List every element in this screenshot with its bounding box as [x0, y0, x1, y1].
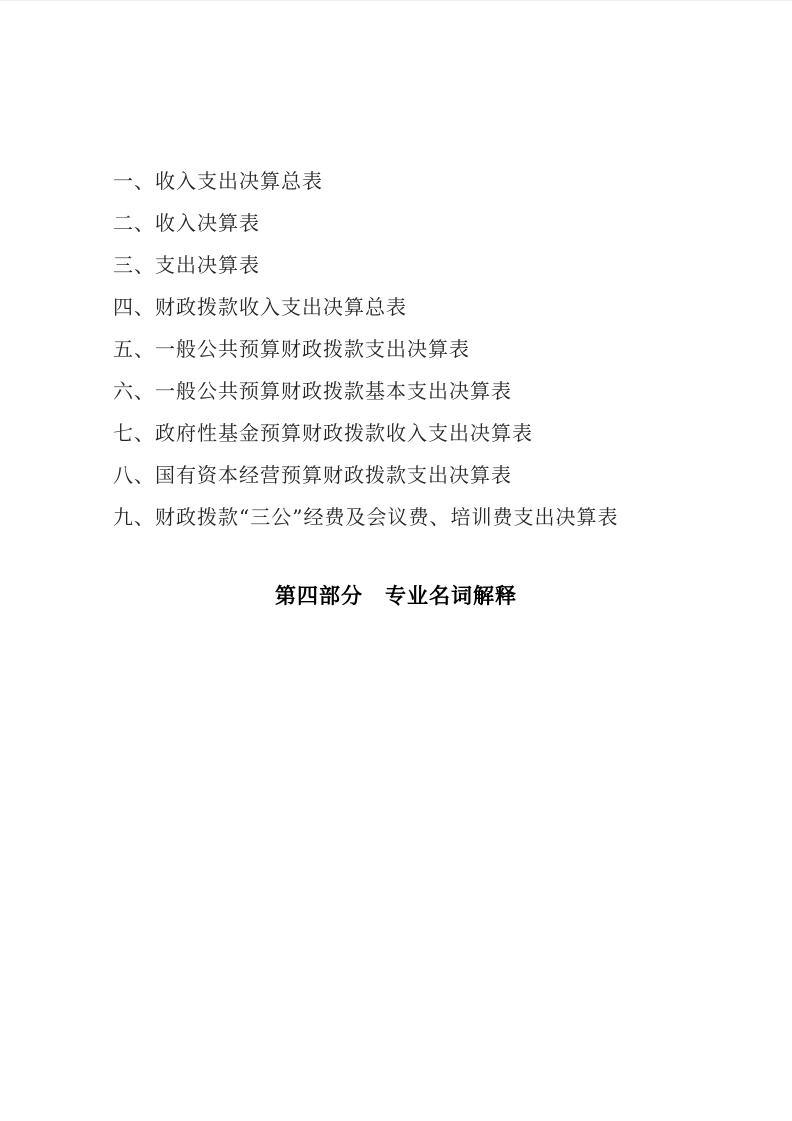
- toc-item-2: 二、收入决算表: [113, 202, 732, 244]
- toc-item-7: 七、政府性基金预算财政拨款收入支出决算表: [113, 412, 732, 454]
- toc-item-8: 八、国有资本经营预算财政拨款支出决算表: [113, 454, 732, 496]
- toc-item-5: 五、一般公共预算财政拨款支出决算表: [113, 328, 732, 370]
- toc-item-9: 九、财政拨款“三公”经费及会议费、培训费支出决算表: [113, 496, 732, 538]
- toc-item-4: 四、财政拨款收入支出决算总表: [113, 286, 732, 328]
- document-page: 一、收入支出决算总表 二、收入决算表 三、支出决算表 四、财政拨款收入支出决算总…: [0, 0, 792, 1121]
- toc-item-1: 一、收入支出决算总表: [113, 160, 732, 202]
- toc-item-6: 六、一般公共预算财政拨款基本支出决算表: [113, 370, 732, 412]
- table-of-contents: 一、收入支出决算总表 二、收入决算表 三、支出决算表 四、财政拨款收入支出决算总…: [113, 160, 732, 538]
- section-heading: 第四部分 专业名词解释: [0, 575, 792, 617]
- toc-item-3: 三、支出决算表: [113, 244, 732, 286]
